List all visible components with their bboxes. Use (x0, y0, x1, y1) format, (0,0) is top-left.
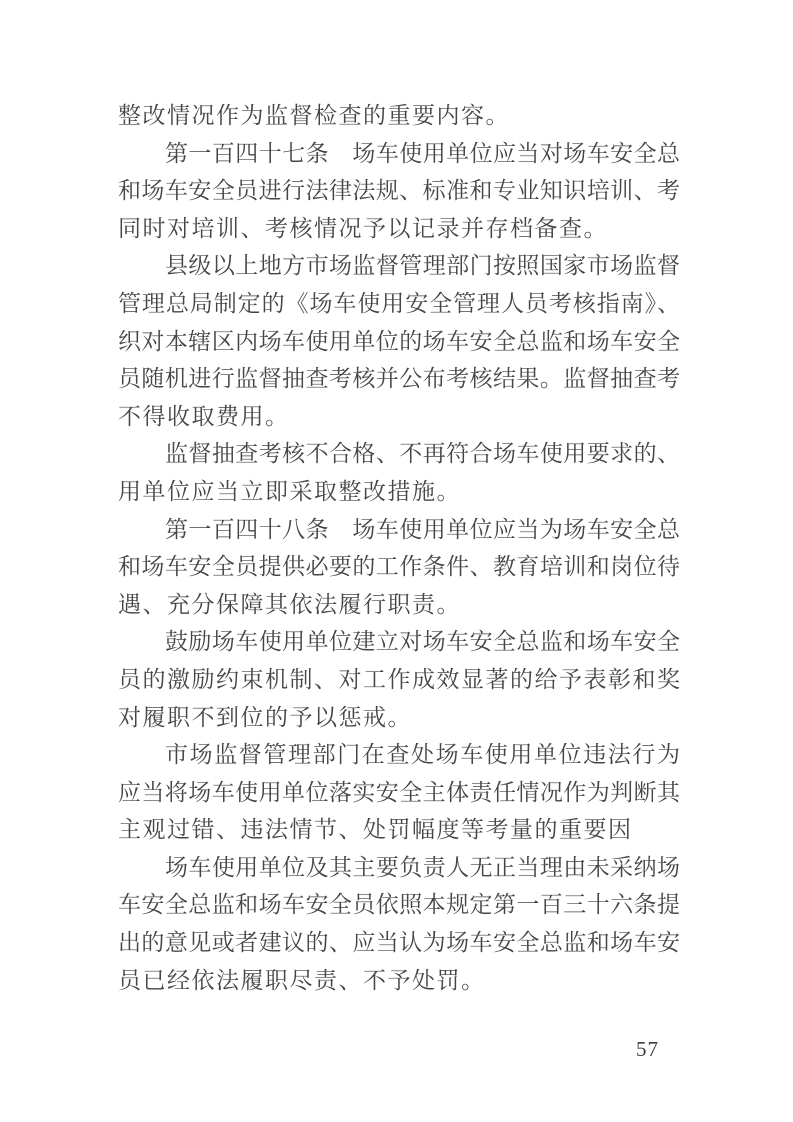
text-line: 场车使用单位及其主要负责人无正当理由未采纳场 (118, 849, 680, 887)
text-line-article-147: 第一百四十七条 场车使用单位应当对场车安全总监 (118, 135, 680, 173)
document-page: 整改情况作为监督检查的重要内容。 第一百四十七条 场车使用单位应当对场车安全总监… (0, 0, 793, 1122)
text-line: 和场车安全员提供必要的工作条件、教育培训和岗位待 (118, 548, 680, 586)
text-line: 管理总局制定的《场车使用安全管理人员考核指南》、组 (118, 285, 680, 323)
text-line-article-148: 第一百四十八条 场车使用单位应当为场车安全总监 (118, 511, 680, 549)
text-line: 对履职不到位的予以惩戒。 (118, 699, 680, 737)
text-line: 整改情况作为监督检查的重要内容。 (118, 97, 680, 135)
text-line: 车安全总监和场车安全员依照本规定第一百三十六条提 (118, 886, 680, 924)
text-line: 鼓励场车使用单位建立对场车安全总监和场车安全 (118, 623, 680, 661)
text-line: 监督抽查考核不合格、不再符合场车使用要求的、使 (118, 435, 680, 473)
text-line: 市场监督管理部门在查处场车使用单位违法行为时、 (118, 736, 680, 774)
text-line: 同时对培训、考核情况予以记录并存档备查。 (118, 210, 680, 248)
text-line: 出的意见或者建议的、应当认为场车安全总监和场车安全 (118, 924, 680, 962)
page-number: 57 (636, 1037, 659, 1062)
text-line: 织对本辖区内场车使用单位的场车安全总监和场车安全 (118, 323, 680, 361)
text-line: 主观过错、违法情节、处罚幅度等考量的重要因素。 (118, 811, 680, 849)
text-line: 员的激励约束机制、对工作成效显著的给予表彰和奖励、 (118, 661, 680, 699)
text-line: 用单位应当立即采取整改措施。 (118, 473, 680, 511)
text-line: 员已经依法履职尽责、不予处罚。 (118, 962, 680, 1000)
text-line: 遇、充分保障其依法履行职责。 (118, 586, 680, 624)
text-line: 不得收取费用。 (118, 398, 680, 436)
text-line: 县级以上地方市场监督管理部门按照国家市场监督 (118, 247, 680, 285)
text-line: 应当将场车使用单位落实安全主体责任情况作为判断其 (118, 774, 680, 812)
text-line: 员随机进行监督抽查考核并公布考核结果。监督抽查考核 (118, 360, 680, 398)
text-line: 和场车安全员进行法律法规、标准和专业知识培训、考核、 (118, 172, 680, 210)
document-text: 整改情况作为监督检查的重要内容。 第一百四十七条 场车使用单位应当对场车安全总监… (118, 97, 680, 999)
